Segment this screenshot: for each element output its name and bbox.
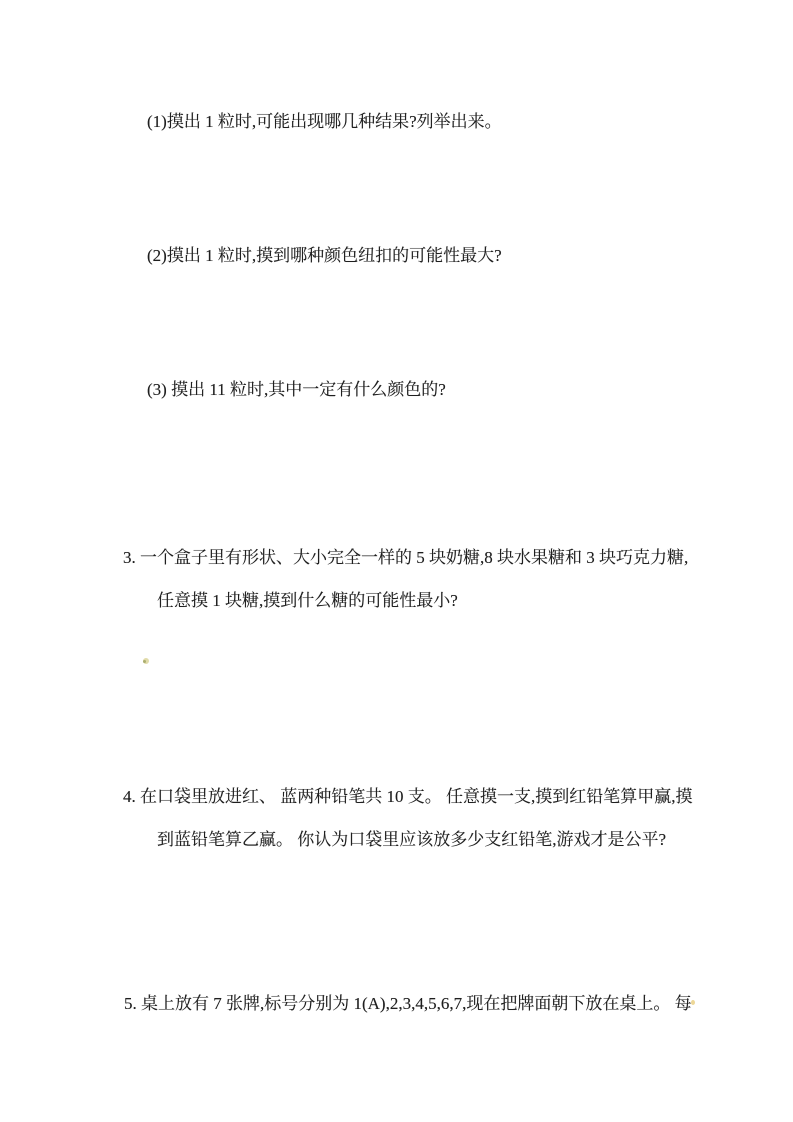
question-3-line-2: 任意摸 1 块糖,摸到什么糖的可能性最小? <box>157 590 458 611</box>
question-2-part-3: (3) 摸出 11 粒时,其中一定有什么颜色的? <box>147 379 446 400</box>
question-3-line-1: 3. 一个盒子里有形状、大小完全一样的 5 块奶糖,8 块水果糖和 3 块巧克力… <box>123 547 688 568</box>
question-2-part-1: (1)摸出 1 粒时,可能出现哪几种结果?列举出来。 <box>147 111 502 132</box>
question-2-part-2: (2)摸出 1 粒时,摸到哪种颜色纽扣的可能性最大? <box>147 245 502 266</box>
scan-artifact-dot-2 <box>691 1000 695 1005</box>
question-5-line-1: 5. 桌上放有 7 张牌,标号分别为 1(A),2,3,4,5,6,7,现在把牌… <box>124 993 692 1014</box>
question-4-line-2: 到蓝铅笔算乙赢。 你认为口袋里应该放多少支红铅笔,游戏才是公平? <box>157 829 666 850</box>
scan-artifact-dot-1 <box>143 658 149 664</box>
question-4-line-1: 4. 在口袋里放进红、 蓝两种铅笔共 10 支。 任意摸一支,摸到红铅笔算甲赢,… <box>123 786 693 807</box>
worksheet-page: (1)摸出 1 粒时,可能出现哪几种结果?列举出来。 (2)摸出 1 粒时,摸到… <box>0 0 793 1122</box>
scan-artifact-dot-1-core <box>143 660 146 663</box>
